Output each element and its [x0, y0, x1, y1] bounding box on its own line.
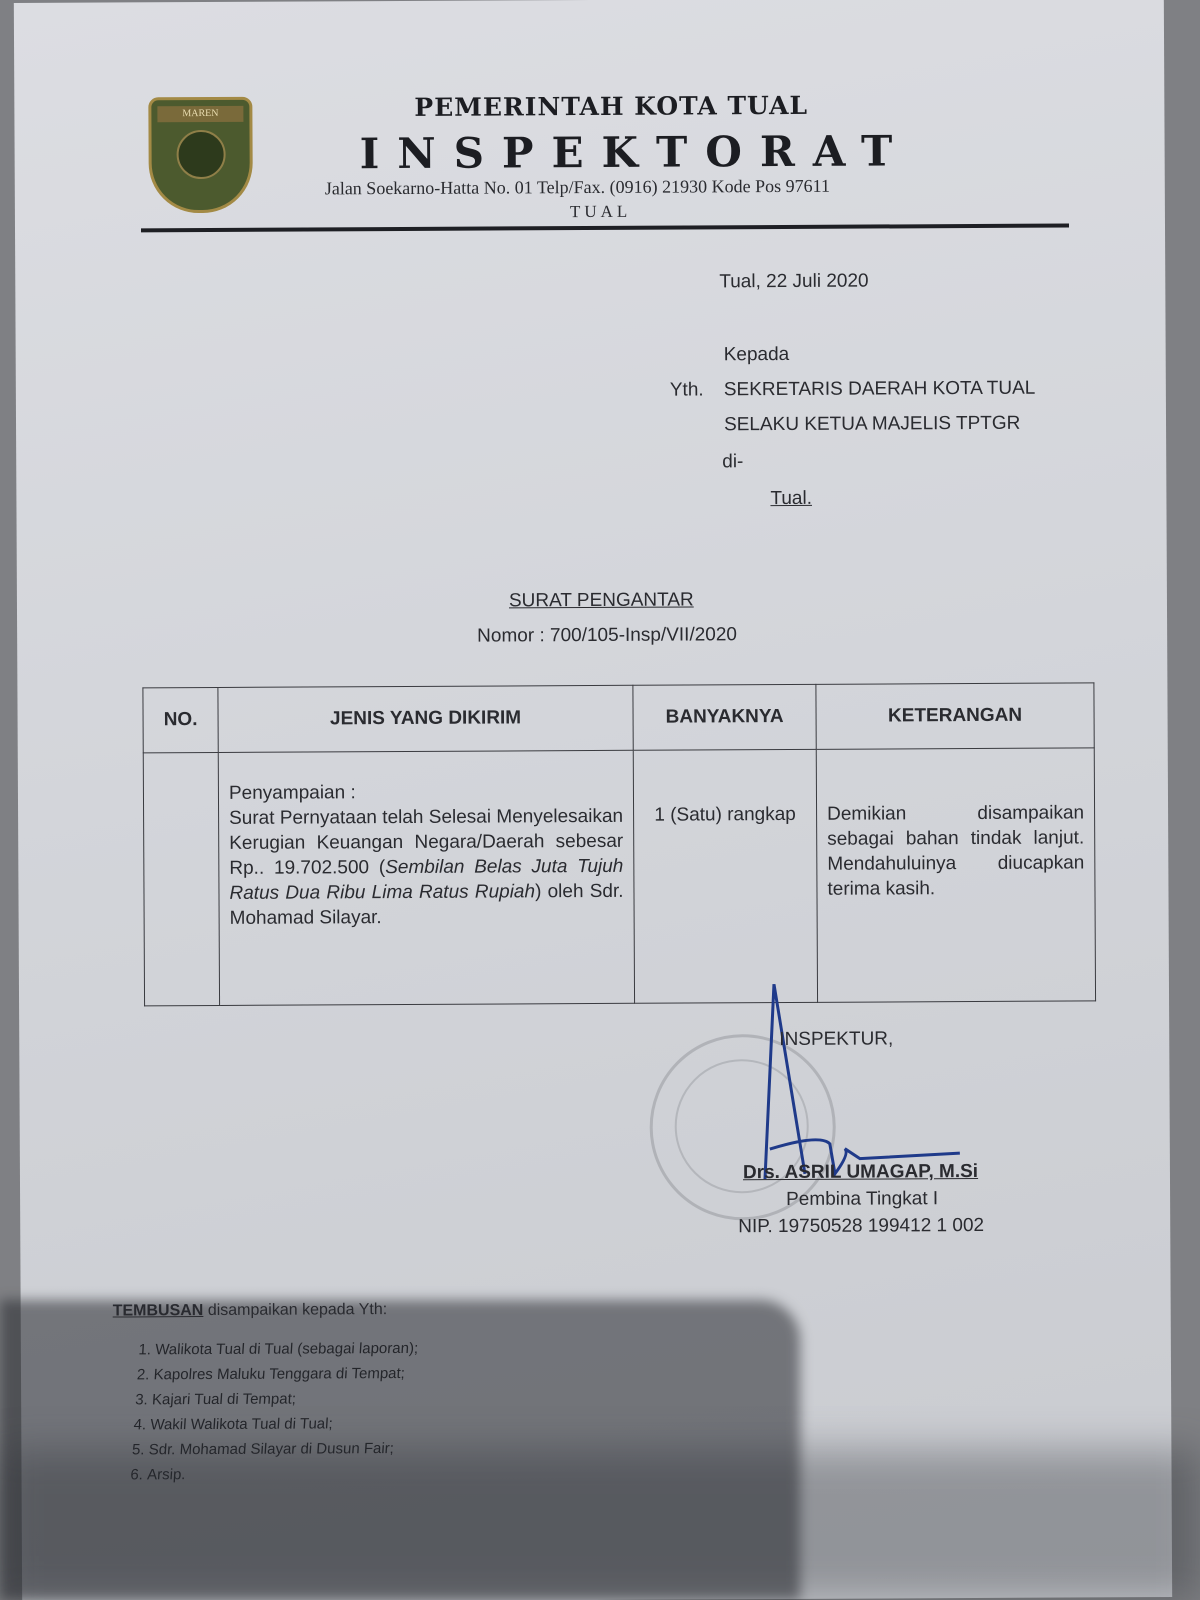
signer-rank: Pembina Tingkat I: [786, 1188, 938, 1211]
recipient-yth: Yth.: [670, 379, 704, 401]
letter-number: Nomor : 700/105-Insp/VII/2020: [477, 624, 737, 647]
items-table: NO. JENIS YANG DIKIRIM BANYAKNYA KETERAN…: [142, 682, 1096, 1006]
signer-position: INSPEKTUR,: [779, 1028, 893, 1051]
cell-banyaknya: 1 (Satu) rangkap: [633, 749, 817, 1003]
header-jenis: JENIS YANG DIKIRIM: [218, 685, 633, 752]
letter-title: SURAT PENGANTAR: [509, 589, 694, 612]
city-emblem-logo: MAREN: [148, 97, 253, 214]
header-no: NO.: [143, 687, 218, 752]
logo-banner: MAREN: [157, 106, 243, 122]
recipient-kepada: Kepada: [724, 344, 790, 366]
signer-nip: NIP. 19750528 199412 1 002: [738, 1215, 984, 1238]
government-name: PEMERINTAH KOTA TUAL: [414, 91, 808, 122]
agency-name: INSPEKTORAT: [359, 126, 910, 178]
agency-address: Jalan Soekarno-Hatta No. 01 Telp/Fax. (0…: [325, 176, 830, 200]
recipient-line2: SELAKU KETUA MAJELIS TPTGR: [724, 413, 1020, 437]
table-header-row: NO. JENIS YANG DIKIRIM BANYAKNYA KETERAN…: [143, 683, 1094, 753]
emblem-icon: [176, 130, 225, 179]
cell-jenis: Penyampaian : Surat Pernyataan telah Sel…: [218, 750, 634, 1005]
recipient-di: di-: [722, 451, 743, 473]
cell-no: [143, 752, 219, 1005]
signer-name: Drs. ASRIL UMAGAP, M.Si: [743, 1161, 978, 1184]
jenis-label: Penyampaian :: [229, 782, 356, 804]
recipient-line1: SEKRETARIS DAERAH KOTA TUAL: [724, 378, 1036, 402]
letter-date: Tual, 22 Juli 2020: [719, 271, 868, 294]
table-row: Penyampaian : Surat Pernyataan telah Sel…: [143, 748, 1095, 1006]
cell-keterangan: Demikian disampaikan sebagai bahan tinda…: [816, 748, 1095, 1002]
letterhead-rule: [141, 223, 1069, 232]
bottom-shadow: [0, 1450, 1200, 1600]
header-banyaknya: BANYAKNYA: [633, 684, 816, 750]
recipient-place: Tual.: [770, 488, 812, 510]
header-keterangan: KETERANGAN: [816, 683, 1094, 749]
agency-city: TUAL: [570, 202, 631, 222]
